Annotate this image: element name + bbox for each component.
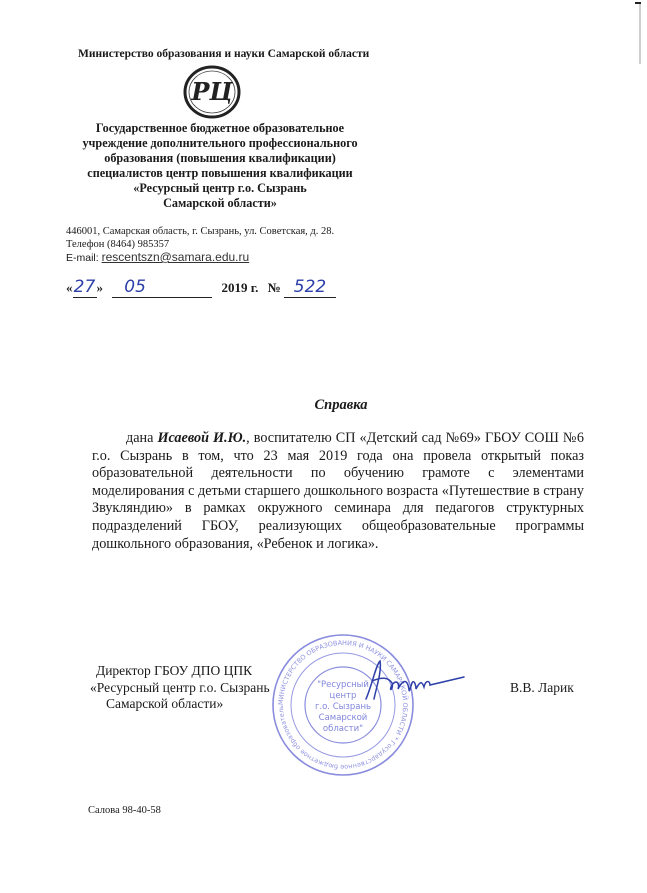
handwritten-signature-icon — [358, 655, 468, 705]
position-line: Директор ГБОУ ДПО ЦПК — [90, 663, 270, 680]
org-line: Самарской области» — [60, 196, 380, 211]
position-line: Самарской области» — [90, 696, 270, 713]
svg-text:Самарской: Самарской — [319, 713, 368, 723]
date-day: 27 — [73, 277, 97, 298]
svg-text:РЦ: РЦ — [190, 77, 233, 106]
number-sign: № — [268, 280, 281, 295]
scan-edge-mark — [635, 2, 641, 4]
date-month: 05 — [112, 277, 212, 298]
scan-edge-divider — [639, 4, 641, 64]
signatory-name: В.В. Ларик — [510, 680, 574, 696]
position-line: «Ресурсный центр г.о. Сызрань — [90, 680, 270, 697]
address: 446001, Самарская область, г. Сызрань, у… — [66, 226, 334, 239]
org-line: Государственное бюджетное образовательно… — [60, 121, 380, 136]
org-line: специалистов центр повышения квалификаци… — [60, 166, 380, 181]
document-number: 522 — [284, 277, 336, 298]
org-line: учреждение дополнительного профессиональ… — [60, 136, 380, 151]
document-title: Справка — [0, 397, 647, 414]
org-line: образования (повышения квалификации) — [60, 151, 380, 166]
executor-contact: Салова 98-40-58 — [88, 805, 161, 816]
body-text: , воспитателю СП «Детский сад №69» ГБОУ … — [92, 430, 584, 552]
recipient-name: Исаевой И.Ю. — [157, 430, 246, 446]
body-prefix: дана — [126, 430, 157, 446]
signatory-position: Директор ГБОУ ДПО ЦПК «Ресурсный центр г… — [90, 663, 270, 713]
org-line: «Ресурсный центр г.о. Сызрань — [60, 181, 380, 196]
contact-block: 446001, Самарская область, г. Сызрань, у… — [66, 226, 334, 266]
resource-center-logo-icon: РЦ — [182, 64, 242, 120]
svg-text:области": области" — [323, 724, 363, 734]
document-body: дана Исаевой И.Ю., воспитателю СП «Детск… — [92, 430, 584, 553]
email-row: E-mail: rescentszn@samara.edu.ru — [66, 251, 334, 266]
date-number-line: «27» 05 2019 г. № 522 — [66, 277, 336, 298]
organization-name: Государственное бюджетное образовательно… — [60, 121, 380, 211]
date-year: 2019 г. — [222, 280, 259, 295]
email-link[interactable]: rescentszn@samara.edu.ru — [102, 250, 250, 264]
official-stamp-icon: МИНИСТЕРСТВО ОБРАЗОВАНИЯ И НАУКИ САМАРСК… — [268, 630, 418, 780]
email-label: E-mail: — [66, 252, 102, 264]
svg-text:центр: центр — [330, 691, 357, 701]
quote-close: » — [97, 280, 104, 295]
ministry-heading: Министерство образования и науки Самарск… — [78, 48, 369, 60]
